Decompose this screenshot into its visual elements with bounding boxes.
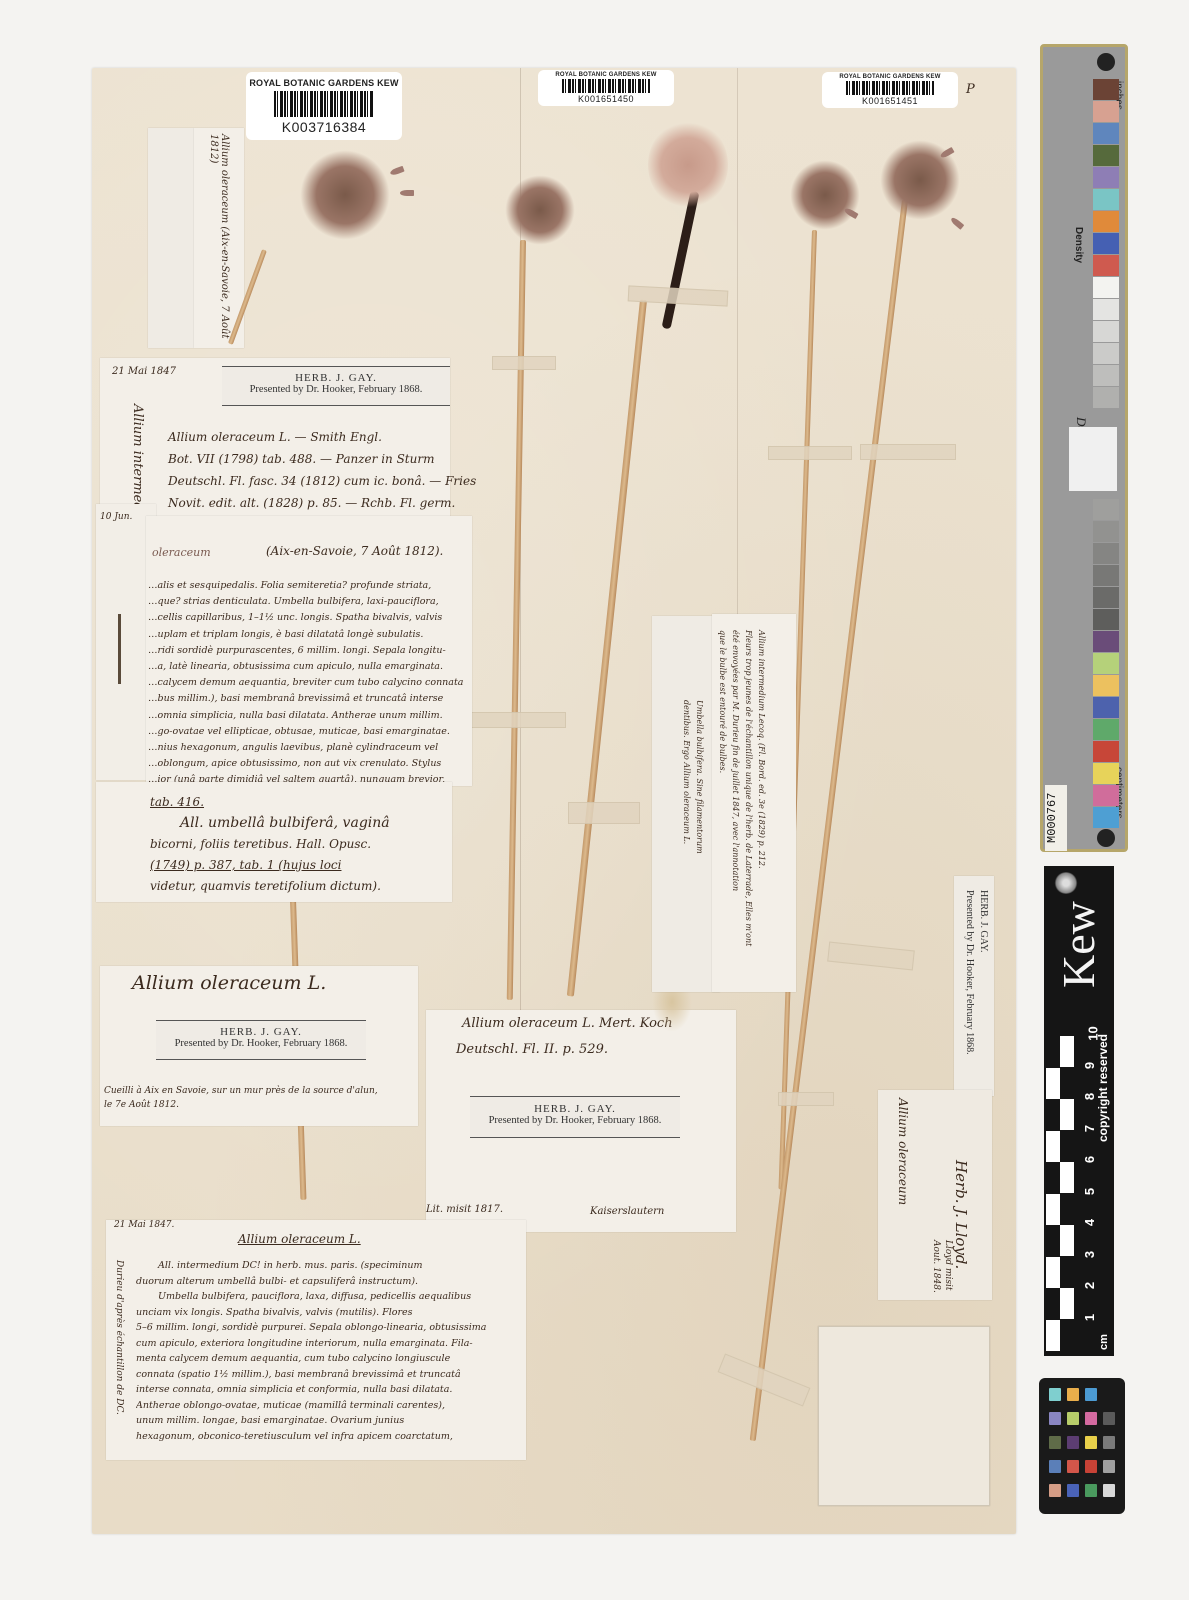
scale-block (1046, 1320, 1060, 1351)
barcode-label: ROYAL BOTANIC GARDENS KEW K001651451 (822, 72, 958, 108)
label-sent-note: Lit. misit 1817. (426, 1204, 503, 1215)
paper-packet (818, 1326, 990, 1506)
ruler-hole (1097, 53, 1115, 71)
label-bottom-left: 21 Mai 1847. Allium oleraceum L. Durieu … (106, 1220, 526, 1460)
color-swatch (1093, 587, 1119, 608)
printed-label-text: HERB. J. GAY. Presented by Dr. Hooker, F… (962, 890, 990, 1055)
label-description: All. intermedium DC! in herb. mus. paris… (136, 1258, 526, 1444)
color-swatch (1093, 653, 1119, 674)
color-swatch (1093, 277, 1119, 298)
printed-label: HERB. J. GAY. Presented by Dr. Hooker, F… (470, 1096, 680, 1138)
grey-cell (1103, 1436, 1115, 1449)
color-swatch (1093, 145, 1119, 166)
color-swatch (1093, 697, 1119, 718)
label-locality: Kaiserslautern (590, 1206, 664, 1217)
color-cell (1049, 1412, 1061, 1425)
color-cell (1067, 1388, 1079, 1401)
printed-label: HERB. J. GAY. Presented by Dr. Hooker, F… (156, 1020, 366, 1060)
scale-block (1046, 1194, 1060, 1225)
flower-head (505, 175, 575, 245)
color-swatch (1093, 521, 1119, 542)
mounting-tape (470, 712, 566, 728)
label-reference: Deutschl. Fl. II. p. 529. (456, 1042, 608, 1057)
color-swatch (1093, 365, 1119, 386)
label-text: Allium intermedium Lecoq. (Fl. Bord. ed.… (716, 630, 768, 990)
label-side-note: Durieu d'après échantillon de DC. (114, 1260, 124, 1450)
scale-number: 5 (1082, 1187, 1097, 1194)
label-species: Allium oleraceum (896, 1098, 910, 1205)
color-swatch (1093, 211, 1119, 232)
label-species: Allium oleraceum L. (238, 1232, 361, 1246)
mounting-tape (778, 1092, 834, 1106)
mounting-tape (768, 446, 852, 460)
color-cell (1049, 1484, 1061, 1497)
label-collector: Lloyd misit Aout. 1848. (930, 1240, 954, 1293)
color-cell (1085, 1412, 1097, 1425)
color-cell (1067, 1460, 1079, 1473)
mounting-tape (568, 802, 640, 824)
color-swatch (1093, 167, 1119, 188)
label-haller-note: tab. 416. All. umbellâ bulbiferâ, vaginâ… (96, 782, 452, 902)
barcode-icon (274, 91, 374, 117)
kew-logo: Kew (1050, 880, 1108, 1010)
label-text: Allium oleraceum L. — Smith Engl. Bot. V… (168, 426, 476, 514)
scale-block (1046, 1257, 1060, 1288)
color-swatch (1093, 189, 1119, 210)
pin-mark (118, 614, 121, 684)
label-side-note: Allium intermed (130, 404, 145, 511)
color-swatch (1093, 543, 1119, 564)
color-swatch (1093, 609, 1119, 630)
copyright-text: copyright reserved (1096, 1034, 1110, 1142)
scale-number: 7 (1082, 1124, 1097, 1131)
printed-label: HERB. J. GAY. Presented by Dr. Hooker, F… (222, 366, 450, 406)
ruler-grey-card (1069, 427, 1117, 491)
scale-block (1046, 1131, 1060, 1162)
mounting-tape (860, 444, 956, 460)
scale-number: 8 (1082, 1093, 1097, 1100)
scale-number: 9 (1082, 1061, 1097, 1068)
color-swatch (1093, 299, 1119, 320)
printed-label-vertical: HERB. J. GAY. Presented by Dr. Hooker, F… (954, 876, 994, 1096)
label-collection-note: Cueilli à Aix en Savoie, sur un mur près… (104, 1084, 378, 1112)
barcode-institution: ROYAL BOTANIC GARDENS KEW (839, 74, 940, 80)
scale-block (1060, 1288, 1074, 1319)
color-swatch (1093, 255, 1119, 276)
grey-cell (1103, 1460, 1115, 1473)
color-swatch (1093, 763, 1119, 784)
label-date: 21 Mai 1847. (114, 1220, 174, 1230)
vertical-label-text: Allium oleraceum (Aix-en-Savoie, 7 Août … (208, 134, 230, 348)
barcode-number: K001651450 (578, 94, 634, 104)
color-swatch (1093, 321, 1119, 342)
barcode-label: ROYAL BOTANIC GARDENS KEW K003716384 (246, 72, 402, 140)
label-middle-left: oleraceum (Aix-en-Savoie, 7 Août 1812). … (146, 516, 472, 786)
color-swatch (1093, 387, 1119, 408)
label-center-vertical: Allium intermedium Lecoq. (Fl. Bord. ed.… (712, 614, 796, 992)
color-swatch (1093, 807, 1119, 828)
label-species: Allium oleraceum L. Mert. Koch (462, 1016, 673, 1031)
color-checker-chart (1039, 1378, 1125, 1514)
color-swatch (1093, 499, 1119, 520)
color-cell (1085, 1436, 1097, 1449)
barcode-label: ROYAL BOTANIC GARDENS KEW K001651450 (538, 70, 674, 106)
paper-packet (148, 128, 194, 348)
corner-mark: P (966, 82, 975, 97)
grey-cell (1103, 1484, 1115, 1497)
label-text: Umbella bulbifera. Sine filamentorum den… (680, 700, 706, 960)
barcode-institution: ROYAL BOTANIC GARDENS KEW (555, 72, 656, 78)
vertical-label: Allium oleraceum (Aix-en-Savoie, 7 Août … (194, 128, 244, 348)
color-swatch (1093, 101, 1119, 122)
crest-icon (1054, 872, 1078, 894)
flower-petal (400, 190, 414, 196)
color-swatch (1093, 741, 1119, 762)
scale-number: 3 (1082, 1250, 1097, 1257)
label-species: Allium oleraceum L. (132, 972, 326, 994)
grey-cell (1103, 1412, 1115, 1425)
scale-block (1060, 1036, 1074, 1067)
kew-scale-bar: Kew 10987654321 copyright reserved cm (1044, 866, 1114, 1356)
flower-head (648, 120, 728, 210)
color-swatch (1093, 123, 1119, 144)
color-swatch (1093, 343, 1119, 364)
color-cell (1085, 1484, 1097, 1497)
mounting-tape (492, 356, 556, 370)
scale-blocks (1046, 1036, 1076, 1354)
barcode-institution: ROYAL BOTANIC GARDENS KEW (249, 78, 398, 88)
ruler-density-label: Density (1073, 227, 1084, 263)
flower-head (790, 160, 860, 230)
barcode-icon (846, 81, 934, 95)
color-cell (1067, 1412, 1079, 1425)
color-swatch (1093, 719, 1119, 740)
scale-block (1060, 1099, 1074, 1130)
scale-number: 6 (1082, 1156, 1097, 1163)
color-swatch (1093, 631, 1119, 652)
label-herbarium: Herb. J. Lloyd. (952, 1160, 970, 1269)
label-date: 10 Jun. (100, 512, 132, 522)
label-right-vertical: Allium oleraceum Herb. J. Lloyd. Lloyd m… (878, 1090, 992, 1300)
ruler-code: M000767 (1045, 785, 1067, 851)
scale-block (1046, 1068, 1060, 1099)
barcode-icon (562, 79, 650, 93)
scale-block (1060, 1225, 1074, 1256)
scale-unit: cm (1098, 1334, 1110, 1350)
label-description: …alis et sesquipedalis. Folia semitereti… (148, 578, 470, 789)
scale-block (1060, 1162, 1074, 1193)
color-cell (1085, 1388, 1097, 1401)
barcode-number: K001651451 (862, 96, 918, 106)
color-swatch (1093, 785, 1119, 806)
ruler-hole (1097, 829, 1115, 847)
color-cell (1049, 1460, 1061, 1473)
color-cell (1067, 1436, 1079, 1449)
color-swatch (1093, 565, 1119, 586)
flower-head (300, 150, 390, 240)
scale-number: 2 (1082, 1282, 1097, 1289)
scale-number: 1 (1082, 1313, 1097, 1320)
label-date: 21 Mai 1847 (112, 366, 176, 377)
label-title: oleraceum (152, 546, 211, 559)
label-text: tab. 416. All. umbellâ bulbiferâ, vaginâ… (150, 792, 390, 897)
scale-number: 4 (1082, 1219, 1097, 1226)
color-swatch (1093, 675, 1119, 696)
color-cell (1049, 1388, 1061, 1401)
color-cell (1085, 1460, 1097, 1473)
color-swatch (1093, 79, 1119, 100)
label-locality: (Aix-en-Savoie, 7 Août 1812). (266, 544, 443, 558)
color-swatch (1093, 233, 1119, 254)
color-cell (1067, 1484, 1079, 1497)
color-cell (1049, 1436, 1061, 1449)
color-calibration-ruler: inches Density Dan Williams centimeters … (1040, 44, 1128, 852)
barcode-number: K003716384 (282, 119, 366, 135)
